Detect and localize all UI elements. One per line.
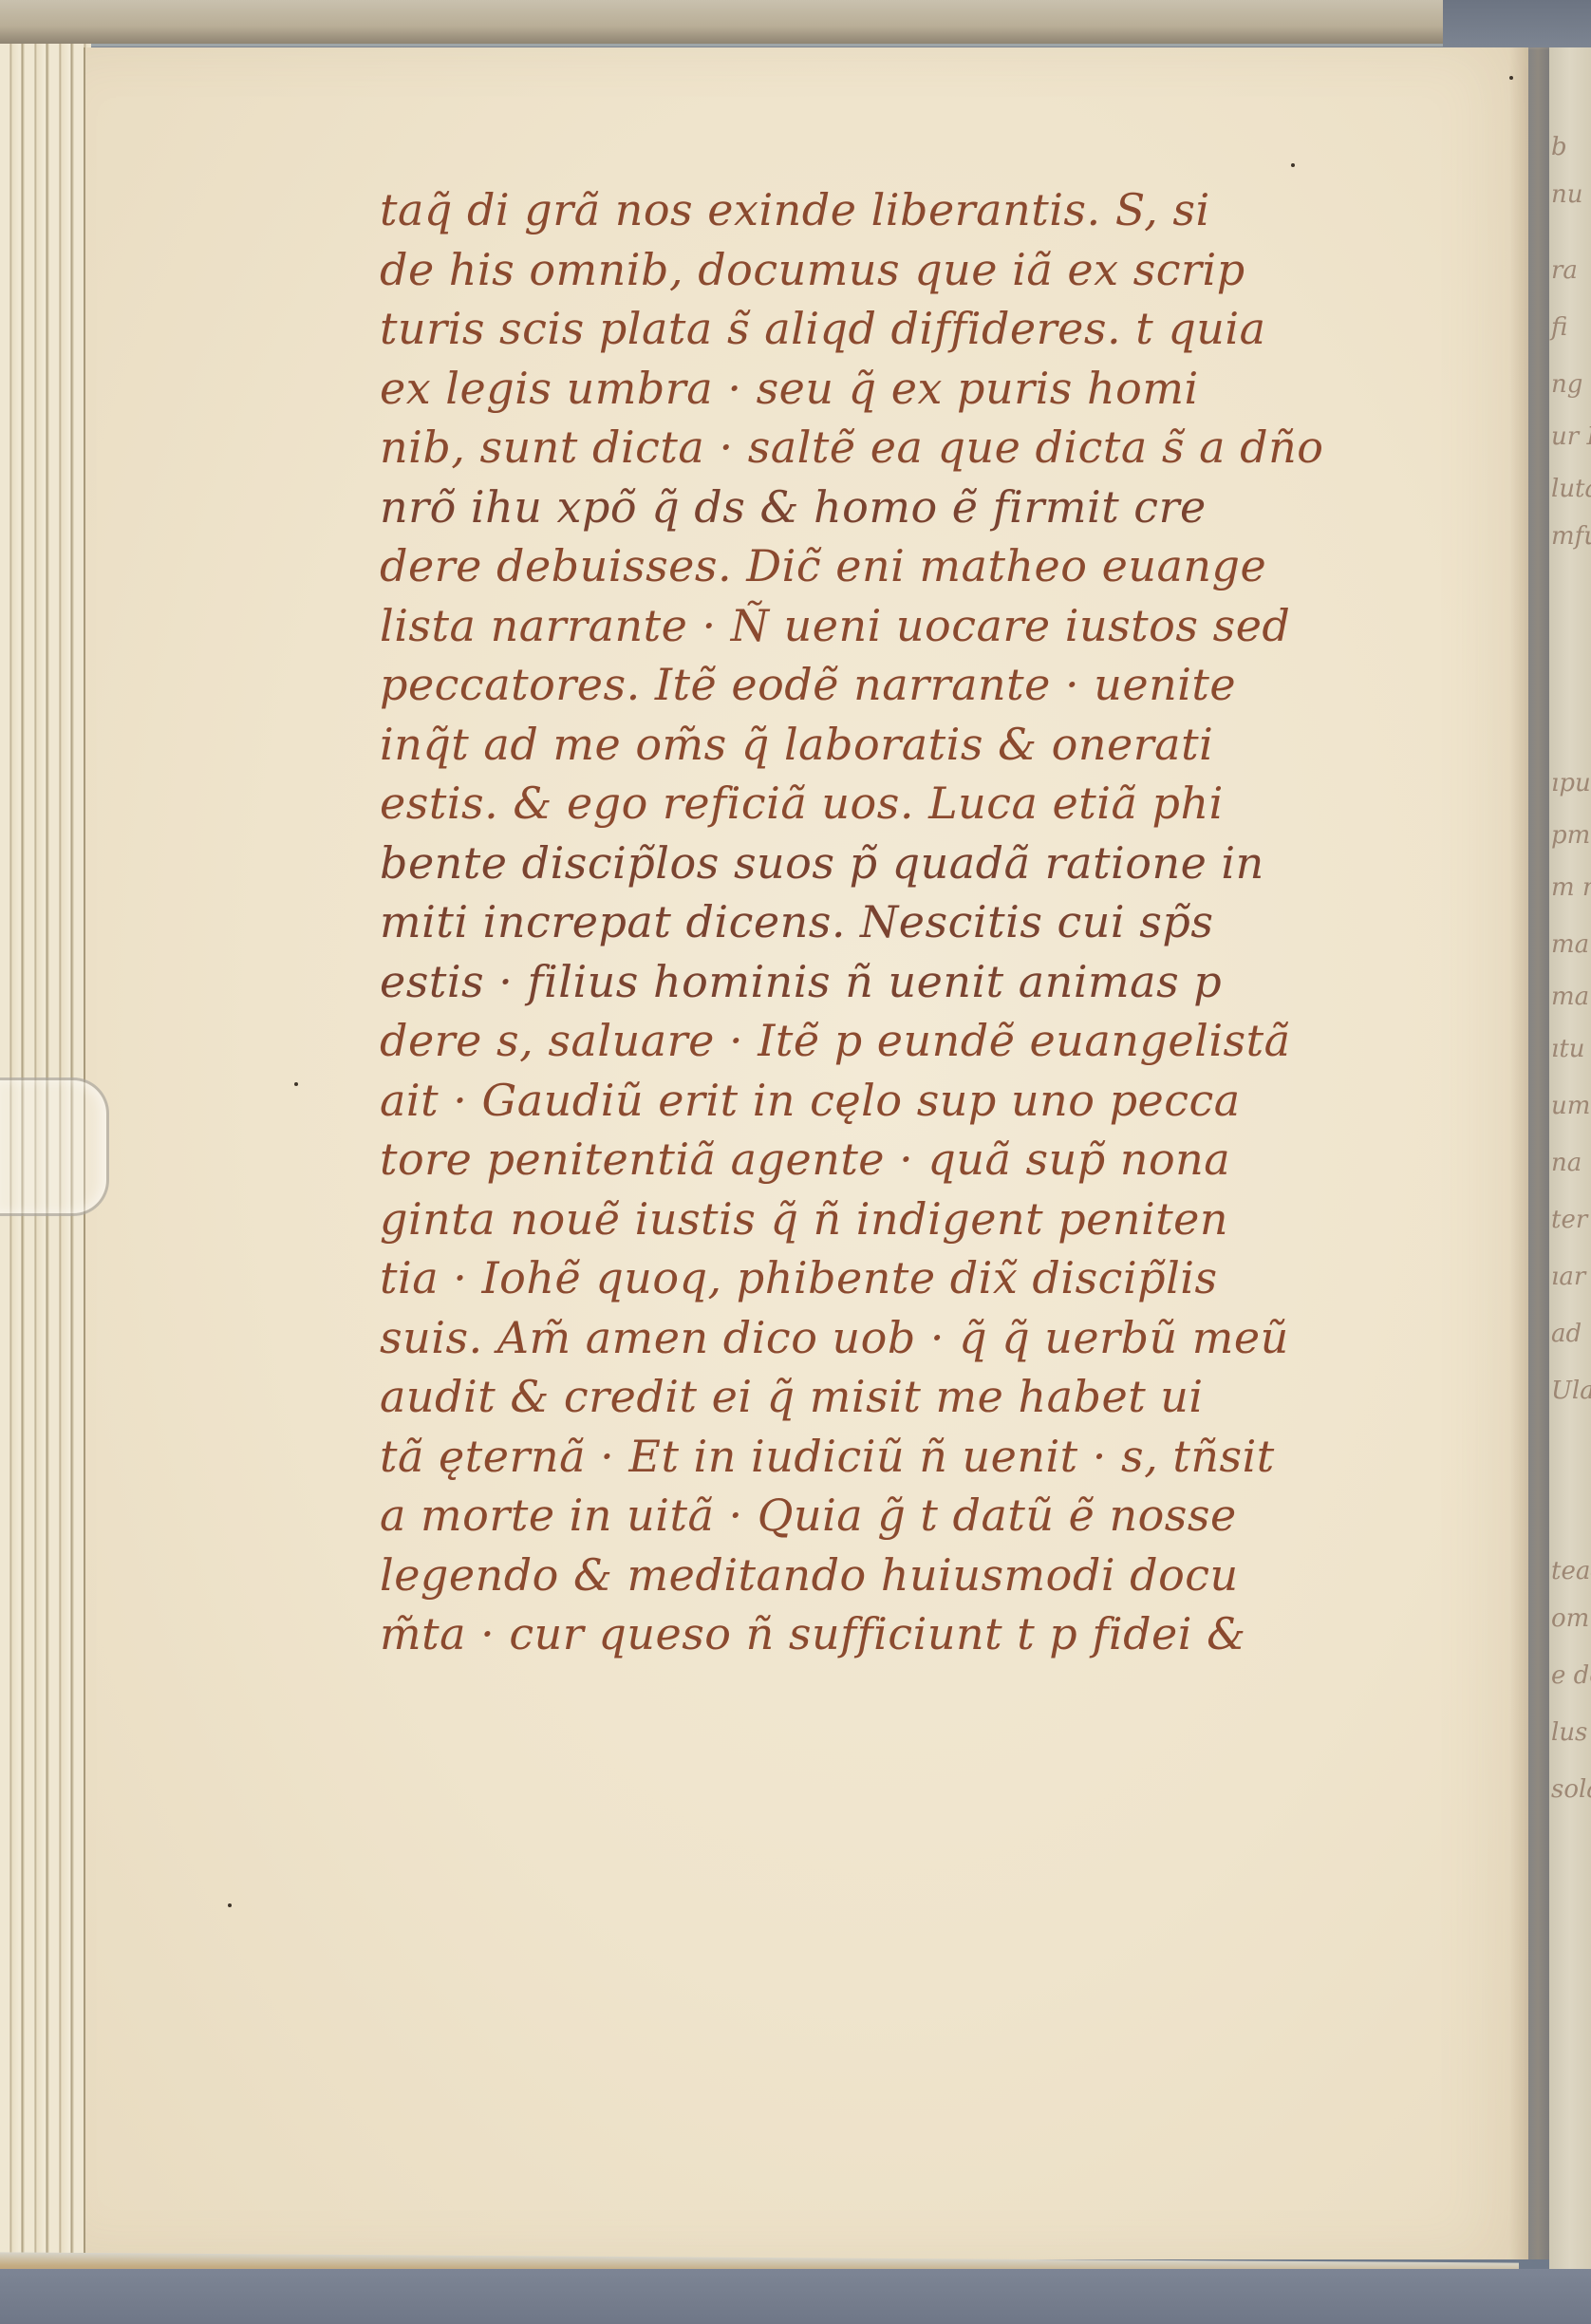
facing-fragment: ra xyxy=(1551,256,1591,285)
book-cover-top-edge xyxy=(0,0,1443,47)
text-line: ait · Gaudiũ erit in cęlo sup uno pecca xyxy=(380,1071,1500,1131)
text-line: suis. Am̃ amen dico uob · q̃ q̃ uerbũ me… xyxy=(380,1308,1500,1368)
facing-fragment: um xyxy=(1551,1092,1591,1120)
facing-fragment: mfu xyxy=(1551,522,1591,551)
facing-fragment: ter xyxy=(1551,1206,1591,1234)
text-line: a morte in uitã · Quia g̃ t datũ ẽ nosse xyxy=(380,1486,1500,1546)
facing-fragment: m m xyxy=(1551,873,1591,902)
text-line: turis scis plata s̃ aliqd diffideres. t … xyxy=(380,299,1500,359)
text-line: miti increpat dicens. Nescitis cui sp̃s xyxy=(380,892,1500,952)
text-line: nib, sunt dicta · saltẽ ea que dicta s̃ … xyxy=(380,418,1500,478)
text-line: legendo & meditando huiusmodi docu xyxy=(380,1546,1500,1605)
facing-fragment: ng xyxy=(1551,370,1591,399)
text-line: ginta nouẽ iustis q̃ ñ indigent peniten xyxy=(380,1190,1500,1249)
facing-fragment: ad m xyxy=(1551,1320,1591,1348)
facing-fragment: ur L xyxy=(1551,422,1591,451)
facing-fragment: sola plu xyxy=(1551,1775,1591,1804)
facing-fragment: tead xyxy=(1551,1557,1591,1585)
facing-fragment: ma xyxy=(1551,930,1591,959)
text-line: estis · filius hominis ñ uenit animas p xyxy=(380,952,1500,1012)
text-line: audit & credit ei q̃ misit me habet ui xyxy=(380,1367,1500,1427)
text-line: nrõ ihu xpõ q̃ ds & homo ẽ firmit cre xyxy=(380,478,1500,537)
facing-fragment: omn xyxy=(1551,1604,1591,1633)
facing-fragment: ıtu xyxy=(1551,1035,1591,1063)
facing-fragment: ıar xyxy=(1551,1263,1591,1291)
text-line: peccatores. Itẽ eodẽ narrante · uenite xyxy=(380,655,1500,715)
text-line: estis. & ego reficiã uos. Luca etiã phi xyxy=(380,774,1500,834)
text-line: de his omnib, documus que iã ex scrip xyxy=(380,240,1500,300)
text-line: bente discip̃los suos p̃ quadã ratione i… xyxy=(380,834,1500,893)
text-line: lista narrante · Ñ ueni uocare iustos se… xyxy=(380,596,1500,656)
facing-fragment: Uladel xyxy=(1551,1377,1591,1405)
ink-speck xyxy=(294,1082,298,1086)
text-line: tia · Iohẽ quoq, phibente dix̃ discip̃li… xyxy=(380,1248,1500,1308)
facing-fragment: mar xyxy=(1551,983,1591,1011)
text-line: taq̃ di grã nos exinde liberantis. S, si xyxy=(380,180,1500,240)
facing-fragment: e del xyxy=(1551,1661,1591,1690)
background-bottom xyxy=(0,2269,1591,2324)
text-line: m̃ta · cur queso ñ sufficiunt t p fidei … xyxy=(380,1604,1500,1664)
text-line: inq̃t ad me om̃s q̃ laboratis & onerati xyxy=(380,715,1500,775)
facing-fragment: lus g xyxy=(1551,1718,1591,1747)
text-line: ex legis umbra · seu q̃ ex puris homi xyxy=(380,359,1500,419)
text-line: tã ęternã · Et in iudiciũ ñ uenit · s, t… xyxy=(380,1427,1500,1487)
facing-fragment: fi xyxy=(1551,313,1591,342)
facing-fragment: nu xyxy=(1551,180,1591,209)
facing-fragment: luta xyxy=(1551,475,1591,503)
ink-speck xyxy=(1291,163,1295,167)
manuscript-text-block: taq̃ di grã nos exinde liberantis. S, si… xyxy=(380,180,1500,1664)
facing-fragment: pma xyxy=(1551,821,1591,850)
text-line: dere s, saluare · Itẽ p eundẽ euangelist… xyxy=(380,1011,1500,1071)
page-clip xyxy=(0,1078,109,1216)
ink-speck xyxy=(1509,76,1513,80)
ink-speck xyxy=(228,1903,232,1907)
facing-page-edge: b nu ra fi ng ur L luta mfu ıpu pma m m … xyxy=(1549,47,1591,2269)
facing-fragment: b xyxy=(1551,133,1591,161)
facing-fragment: na xyxy=(1551,1149,1591,1177)
facing-fragment: ıpu xyxy=(1551,769,1591,797)
text-line: dere debuisses. Dic̃ eni matheo euange xyxy=(380,536,1500,596)
text-line: tore penitentiã agente · quã sup̃ nona xyxy=(380,1130,1500,1190)
